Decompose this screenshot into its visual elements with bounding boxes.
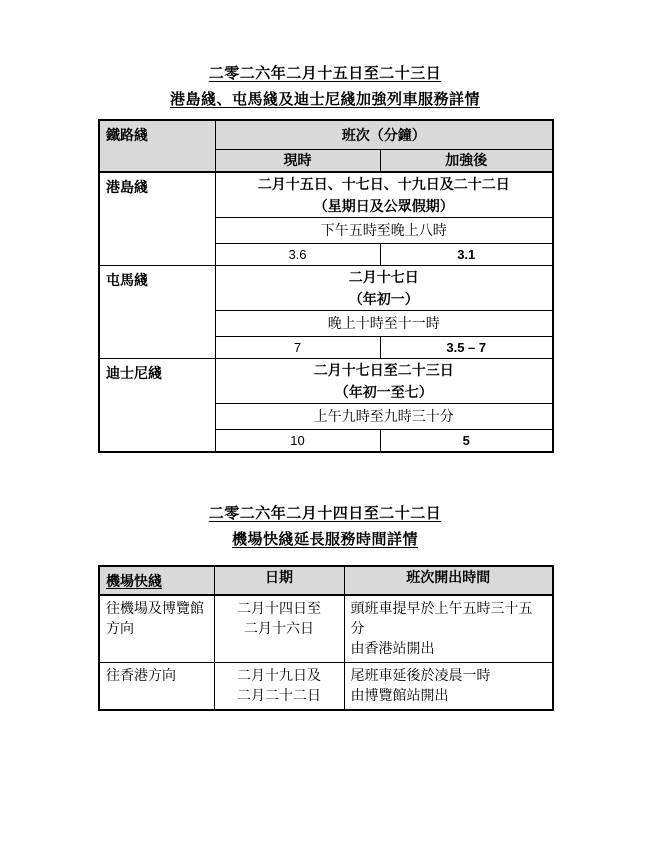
departure-line-2: 由香港站開出 xyxy=(351,640,547,660)
service-dates-line: 二月十七日至二十三日 xyxy=(216,359,553,381)
line-name-cell: 屯馬綫 xyxy=(99,265,215,358)
service-time-cell: 上午九時至九時三十分 xyxy=(215,403,553,429)
service-dates-cell: 二月十五日、十七日、十九日及二十二日 （星期日及公眾假期） xyxy=(215,172,553,218)
direction-cell: 往香港方向 xyxy=(99,662,214,710)
service-dates-cell: 二月十七日 （年初一） xyxy=(215,265,553,310)
date-line-1: 二月十九日及 xyxy=(215,667,344,687)
line-name-cell: 迪士尼綫 xyxy=(99,358,215,452)
current-header-cell: 現時 xyxy=(215,149,380,172)
airport-express-header-cell: 機場快綫 xyxy=(99,566,214,595)
service-dates-note: （星期日及公眾假期） xyxy=(216,195,553,217)
document-content: 二零二六年二月十五日至二十三日 港島綫、屯馬綫及迪士尼綫加強列車服務詳情 鐵路綫… xyxy=(98,0,552,711)
direction-cell: 往機場及博覽館方向 xyxy=(99,595,214,663)
date-line-1: 二月十四日至 xyxy=(215,600,344,620)
enhanced-frequency-cell: 5 xyxy=(380,429,553,452)
date-cell: 二月十四日至 二月十六日 xyxy=(214,595,344,663)
current-frequency-cell: 7 xyxy=(215,336,380,358)
departure-header-cell: 班次開出時間 xyxy=(344,566,553,595)
current-frequency-cell: 10 xyxy=(215,429,380,452)
section2-subtitle: 機場快綫延長服務時間詳情 xyxy=(98,530,552,550)
departure-info-cell: 尾班車延後於凌晨一時 由博覽館站開出 xyxy=(344,662,553,710)
airport-express-table: 機場快綫 日期 班次開出時間 往機場及博覽館方向 二月十四日至 二月十六日 頭班… xyxy=(98,565,554,711)
date-line-2: 二月十六日 xyxy=(215,620,344,640)
service-dates-cell: 二月十七日至二十三日 （年初一至七） xyxy=(215,358,553,403)
line-name-cell: 港島綫 xyxy=(99,172,215,266)
service-dates-note: （年初一至七） xyxy=(216,381,553,403)
enhanced-service-table: 鐵路綫 班次（分鐘） 現時 加強後 港島綫 二月十五日、十七日、十九日及二十二日… xyxy=(98,119,554,453)
frequency-header-cell: 班次（分鐘） xyxy=(215,120,553,149)
section2-title: 二零二六年二月十四日至二十二日 xyxy=(98,504,552,524)
service-dates-note: （年初一） xyxy=(216,288,553,310)
document-page: 二零二六年二月十五日至二十三日 港島綫、屯馬綫及迪士尼綫加強列車服務詳情 鐵路綫… xyxy=(0,0,649,841)
date-cell: 二月十九日及 二月二十二日 xyxy=(214,662,344,710)
departure-line-2: 由博覽館站開出 xyxy=(351,687,547,707)
service-time-cell: 下午五時至晚上八時 xyxy=(215,217,553,243)
service-time-cell: 晚上十時至十一時 xyxy=(215,310,553,336)
enhanced-frequency-cell: 3.5 – 7 xyxy=(380,336,553,358)
current-frequency-cell: 3.6 xyxy=(215,243,380,265)
departure-line-1: 頭班車提早於上午五時三十五分 xyxy=(351,600,547,640)
enhanced-header-cell: 加強後 xyxy=(380,149,553,172)
section1-title: 二零二六年二月十五日至二十三日 xyxy=(98,64,552,84)
date-line-2: 二月二十二日 xyxy=(215,687,344,707)
enhanced-frequency-cell: 3.1 xyxy=(380,243,553,265)
section1-subtitle: 港島綫、屯馬綫及迪士尼綫加強列車服務詳情 xyxy=(98,90,552,110)
date-header-cell: 日期 xyxy=(214,566,344,595)
railway-line-header-cell: 鐵路綫 xyxy=(99,120,215,172)
departure-line-1: 尾班車延後於凌晨一時 xyxy=(351,667,547,687)
service-dates-line: 二月十五日、十七日、十九日及二十二日 xyxy=(216,173,553,195)
service-dates-line: 二月十七日 xyxy=(216,266,553,288)
departure-info-cell: 頭班車提早於上午五時三十五分 由香港站開出 xyxy=(344,595,553,663)
